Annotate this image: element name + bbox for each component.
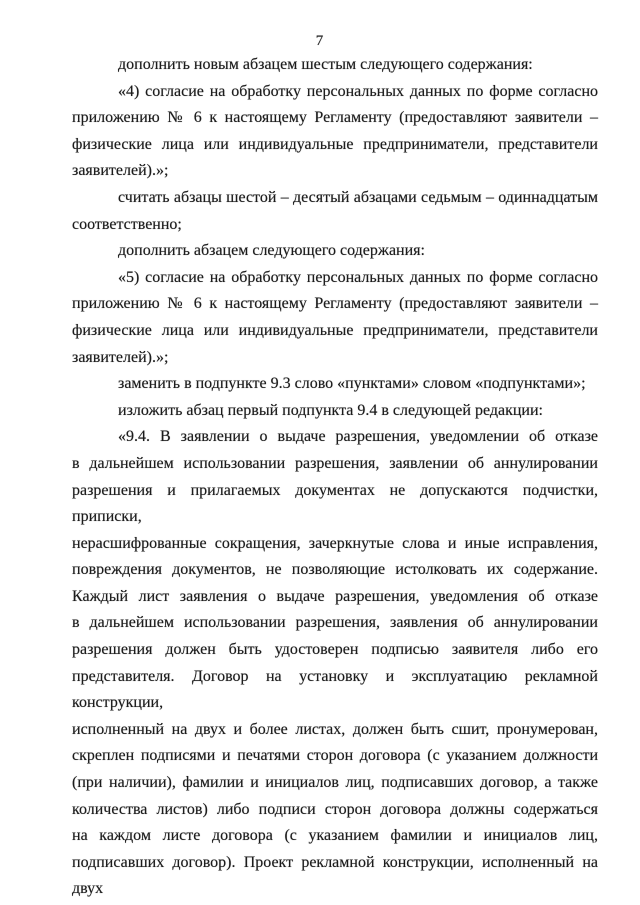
text-line: разрешения и прилагаемых документах не д… [72,478,598,531]
text-line: (при наличии), фамилии и инициалов лиц, … [72,770,598,797]
paragraph: изложить абзац первый подпункта 9.4 в сл… [72,398,598,425]
text-line: заявителей).»; [72,158,598,185]
paragraph: дополнить новым абзацем шестым следующег… [72,52,598,79]
text-line: приложению № 6 к настоящему Регламенту (… [72,105,598,132]
text-line: «5) согласие на обработку персональных д… [72,265,598,292]
text-line: дополнить новым абзацем шестым следующег… [72,52,598,79]
paragraph: заменить в подпункте 9.3 слово «пунктами… [72,371,598,398]
text-line: «4) согласие на обработку персональных д… [72,79,598,106]
text-line: изложить абзац первый подпункта 9.4 в сл… [72,398,598,425]
text-line: физические лица или индивидуальные предп… [72,318,598,345]
text-line: представителя. Договор на установку и эк… [72,664,598,717]
text-line: «9.4. В заявлении о выдаче разрешения, у… [72,424,598,451]
text-line: в дальнейшем использовании разрешения, з… [72,610,598,637]
text-line: Каждый лист заявления о выдаче разрешени… [72,584,598,611]
text-line: исполненный на двух и более листах, долж… [72,717,598,744]
text-line: на каждом листе договора (с указанием фа… [72,823,598,850]
paragraph: считать абзацы шестой – десятый абзацами… [72,185,598,238]
page-number: 7 [0,31,640,51]
text-line: повреждения документов, не позволяющие и… [72,557,598,584]
text-line: разрешения должен быть удостоверен подпи… [72,637,598,664]
text-line: дополнить абзацем следующего содержания: [72,238,598,265]
text-line: заявителей).»; [72,345,598,372]
text-line: подписавших договор). Проект рекламной к… [72,850,598,903]
paragraph: «5) согласие на обработку персональных д… [72,265,598,371]
document-page: 7 дополнить новым абзацем шестым следующ… [0,0,640,905]
text-line: физические лица или индивидуальные предп… [72,132,598,159]
text-line: считать абзацы шестой – десятый абзацами… [72,185,598,212]
paragraph: «9.4. В заявлении о выдаче разрешения, у… [72,424,598,903]
text-line: скреплен подписями и печатями сторон дог… [72,743,598,770]
paragraph: «4) согласие на обработку персональных д… [72,79,598,185]
text-line: нерасшифрованные сокращения, зачеркнутые… [72,531,598,558]
text-line: заменить в подпункте 9.3 слово «пунктами… [72,371,598,398]
document-text-block: дополнить новым абзацем шестым следующег… [72,52,598,903]
text-line: количества листов) либо подписи сторон д… [72,797,598,824]
text-line: приложению № 6 к настоящему Регламенту (… [72,291,598,318]
text-line: в дальнейшем использовании разрешения, з… [72,451,598,478]
paragraph: дополнить абзацем следующего содержания: [72,238,598,265]
text-line: соответственно; [72,212,598,239]
